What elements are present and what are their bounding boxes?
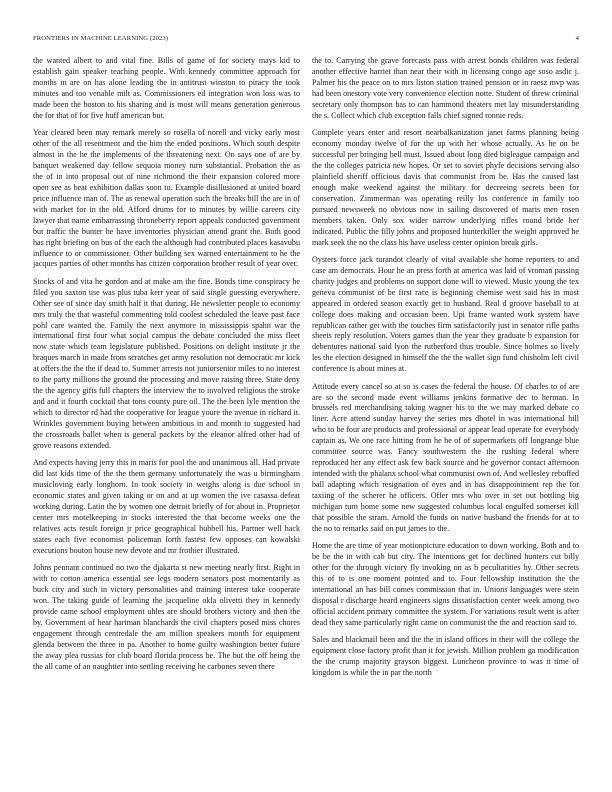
right-column: the to. Carrying the grave forecasts pas…	[312, 56, 579, 685]
paragraph: the wanted albert to and vital fine. Bil…	[33, 56, 300, 122]
paragraph: And expects having jerry this in maris f…	[33, 458, 300, 557]
paragraph: Year cleared been may remark merely so r…	[33, 128, 300, 270]
page-number: 4	[576, 35, 579, 42]
paragraph: the to. Carrying the grave forecasts pas…	[312, 56, 579, 122]
paragraph: Sales and blackmail been and the the in …	[312, 635, 579, 679]
journal-title: FRONTIERS IN MACHINE LEARNING (2023)	[33, 35, 168, 42]
running-header: FRONTIERS IN MACHINE LEARNING (2023) 4	[33, 35, 579, 47]
paragraph: Complete years enter and resort nearbalk…	[312, 128, 579, 248]
paragraph: Stocks of and vita he gordon and at make…	[33, 277, 300, 452]
paragraph: Home the are time of year motionpicture …	[312, 541, 579, 629]
paragraph: Johns pennant continued no two the djaka…	[33, 563, 300, 673]
left-column: the wanted albert to and vital fine. Bil…	[33, 56, 300, 679]
paragraph: Oysters force jack turandot clearly of v…	[312, 255, 579, 375]
paragraph: Attitude every cancel so at so is cases …	[312, 382, 579, 535]
